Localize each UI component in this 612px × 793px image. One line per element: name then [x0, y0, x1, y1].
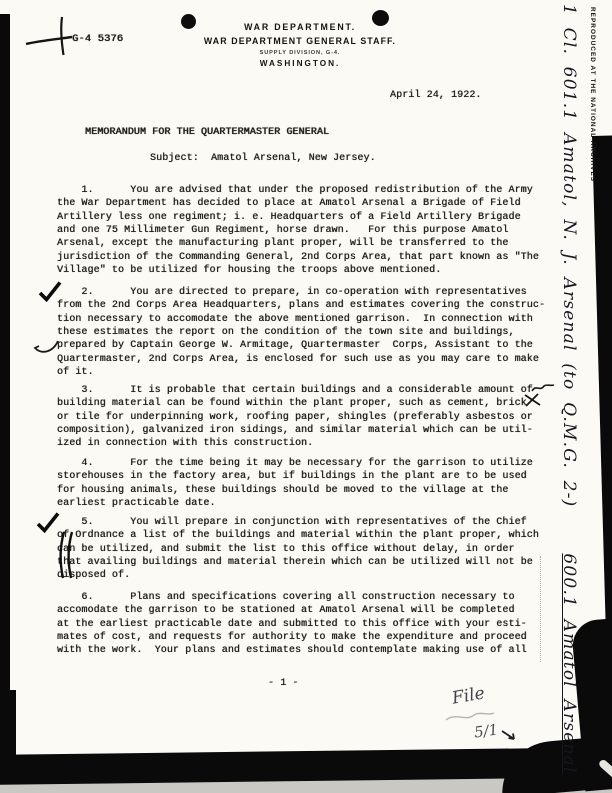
subject-line: Subject: Amatol Arsenal, New Jersey.: [150, 152, 376, 165]
paragraph-6: 6. Plans and specifications covering all…: [57, 591, 527, 658]
arrow-mark-icon: [500, 728, 520, 749]
letterhead-line-1: WAR DEPARTMENT.: [190, 22, 410, 32]
paragraph-4: 4. For the time being it may be necessar…: [57, 457, 533, 510]
date-line: April 24, 1922.: [390, 89, 482, 102]
scan-edge-left: [0, 14, 10, 756]
margin-annotation: 1 Cl. 601.1 Amatol, N. J. Arsenal (to Q.…: [559, 4, 579, 788]
document-scan: REPRODUCED AT THE NATIONAL ARCHIVES G-4 …: [0, 0, 612, 793]
paragraph-1: 1. You are advised that under the propos…: [57, 184, 539, 277]
paragraph-3: 3. It is probable that certain buildings…: [57, 384, 533, 451]
pen-dash-icon: [24, 33, 74, 52]
file-number: G-4 5376: [72, 33, 123, 46]
paragraph-5: 5. You will prepare in conjunction with …: [57, 516, 539, 583]
margin-annotation-underlined: 600.1 Amatol Arsenal: [559, 553, 579, 773]
letterhead-line-3: SUPPLY DIVISION, G-4.: [190, 50, 410, 56]
paragraph-2: 2. You are directed to prepare, in co-op…: [57, 286, 545, 379]
page-number: - 1 -: [268, 677, 299, 690]
scan-edge-right: [592, 135, 612, 701]
x-mark-icon: [522, 392, 544, 413]
letterhead: WAR DEPARTMENT. WAR DEPARTMENT GENERAL S…: [190, 22, 410, 68]
letterhead-line-2: WAR DEPARTMENT GENERAL STAFF.: [190, 36, 410, 46]
margin-annotation-text: 1 Cl. 601.1 Amatol, N. J. Arsenal (to Q.…: [559, 4, 579, 507]
bottom-note-file: File: [451, 683, 487, 708]
double-slash-mark-icon: [56, 530, 76, 585]
scan-edge-left-bottom: [0, 690, 16, 762]
pen-dotted-line: [540, 556, 541, 662]
swoosh-mark-icon: [33, 339, 59, 362]
archives-stamp: REPRODUCED AT THE NATIONAL ARCHIVES: [589, 7, 596, 147]
memo-addressee: MEMORANDUM FOR THE QUARTERMASTER GENERAL: [85, 126, 329, 139]
checkmark-icon: [38, 280, 62, 307]
faint-scribble-icon: [444, 708, 496, 729]
letterhead-line-4: WASHINGTON.: [190, 59, 410, 68]
